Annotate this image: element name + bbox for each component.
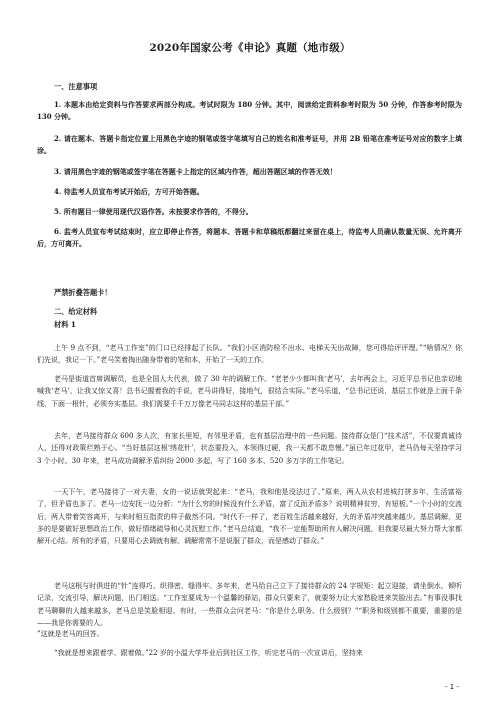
material-label: 材料 1 — [54, 320, 76, 330]
section-heading-materials: 二、给定材料 — [54, 307, 97, 317]
material-paragraph-4: 一天下午，老马接待了一对夫妻，女的一说话就哭起来：“老马，我和他是没法过了。”原… — [37, 486, 462, 547]
page-number: - 1 - — [445, 683, 459, 691]
material-paragraph-1: 上午 9 点不到，“老马工作室”的门口已经排起了长队。“我们小区消防栓不出水、电… — [37, 342, 462, 367]
note-item-4: 4. 待监考人员宣布考试开始后，方可开始答题。 — [37, 186, 462, 198]
warning-text: 严禁折叠答题卡！ — [54, 288, 112, 298]
material-paragraph-5: 老马这根与时俱进的“针”连得巧、织得密、缝得牢。多年来，老马给自己立下了接待群众… — [37, 580, 462, 629]
note-item-6: 6. 监考人员宣布考试结束时，应立即停止作答，将题本、答题卡和草稿纸都翻过来留在… — [37, 226, 462, 251]
note-item-1: 1. 本题本由给定资料与作答要求两部分构成。考试时限为 180 分钟。其中，阅读… — [37, 99, 462, 124]
note-item-3: 3. 请用黑色字迹的钢笔或签字笔在答题卡上指定的区域内作答，超出答题区域的作答无… — [37, 166, 462, 178]
material-paragraph-2: 老马是街道首席调解员，也是全国人大代表，做了 30 年的调解工作。“老老少少都叫… — [37, 373, 462, 410]
document-page: 2020年国家公考《申论》真题（地市级） 一、注意事项 1. 本题本由给定资料与… — [0, 0, 500, 707]
material-paragraph-6: “我就是想来跟着学、跟着做。”22 岁的小温大学毕业后到社区工作，听完老马的一次… — [37, 647, 462, 659]
section-heading-notes: 一、注意事项 — [54, 82, 97, 92]
note-item-5: 5. 所有题目一律使用现代汉语作答。未按要求作答的，不得分。 — [37, 206, 462, 218]
document-title: 2020年国家公考《申论》真题（地市级） — [0, 40, 500, 55]
material-paragraph-3: 去年，老马接待群众 600 多人次，有家长里短，有邻里矛盾，也有基层治理中的一些… — [37, 430, 462, 467]
note-item-2: 2. 请在题本、答题卡指定位置上用黑色字迹的钢笔或签字笔填写自己的姓名和准考证号… — [37, 133, 462, 158]
material-paragraph-5-tail: ”这就是老马的回答。 — [37, 628, 462, 640]
